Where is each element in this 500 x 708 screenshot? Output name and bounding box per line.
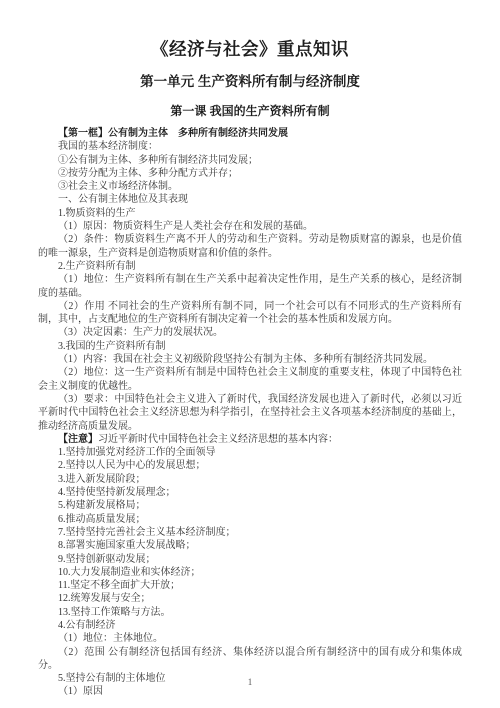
list-item: 6.推动高质量发展； <box>38 513 462 526</box>
list-item: 1.坚持加强党对经济工作的全面领导 <box>38 446 462 459</box>
list-item: ③社会主义市场经济体制。 <box>38 180 462 193</box>
list-item: ①公有制为主体、多种所有制经济共同发展； <box>38 154 462 167</box>
paragraph: （3）要求：中国特色社会主义进入了新时代，我国经济发展也进入了新时代，必须以习近… <box>38 393 462 433</box>
sub-heading: 1.物质资料的生产 <box>38 207 462 220</box>
paragraph: （1）原因 <box>38 685 462 698</box>
sub-heading: 2.生产资料所有制 <box>38 260 462 273</box>
paragraph: （1）地位：主体地位。 <box>38 632 462 645</box>
document-page: 《经济与社会》重点知识 第一单元 生产资料所有制与经济制度 第一课 我国的生产资… <box>0 0 500 708</box>
paragraph: （1）地位：生产资料所有制在生产关系中起着决定性作用，是生产关系的核心，是经济制… <box>38 273 462 300</box>
list-item: 2.坚持以人民为中心的发展思想； <box>38 459 462 472</box>
section-heading: 一、公有制主体地位及其表现 <box>38 193 462 206</box>
sub-heading: 3.我国的生产资料所有制 <box>38 340 462 353</box>
list-item: 7.坚持坚持完善社会主义基本经济制度； <box>38 526 462 539</box>
list-item: 9.坚持创新驱动发展； <box>38 553 462 566</box>
paragraph: （3）决定因素：生产力的发展状况。 <box>38 326 462 339</box>
note-label: 【注意】 <box>58 434 98 445</box>
paragraph: （1）内容：我国在社会主义初级阶段坚持公有制为主体、多种所有制经济共同发展。 <box>38 353 462 366</box>
list-item: ②按劳分配为主体、多种分配方式并存； <box>38 167 462 180</box>
paragraph: （2）范围 公有制经济包括国有经济、集体经济以混合所有制经济中的国有成分和集体成… <box>38 646 462 673</box>
list-item: 13.坚持工作策略与方法。 <box>38 606 462 619</box>
list-item: 10.大力发展制造业和实体经济； <box>38 566 462 579</box>
paragraph: （2）地位：这一生产资料所有制是中国特色社会主义制度的重要支柱，体现了中国特色社… <box>38 366 462 393</box>
list-item: 12.统筹发展与安全； <box>38 592 462 605</box>
note-text: 习近平新时代中国特色社会主义经济思想的基本内容： <box>98 434 338 445</box>
list-item: 8.部署实施国家重大发展战略； <box>38 539 462 552</box>
list-item: 11.坚定不移全面扩大开放； <box>38 579 462 592</box>
document-body: 【第一框】公有制为主体 多种所有制经济共同发展 我国的基本经济制度： ①公有制为… <box>0 127 500 699</box>
paragraph: （2）条件：物质资料生产离不开人的劳动和生产资料。劳动是物质财富的源泉，也是价值… <box>38 233 462 260</box>
frame-heading: 【第一框】公有制为主体 多种所有制经济共同发展 <box>38 127 462 140</box>
list-item: 4.坚持使坚持新发展理念； <box>38 486 462 499</box>
paragraph: （1）原因：物质资料生产是人类社会存在和发展的基础。 <box>38 220 462 233</box>
sub-heading: 4.公有制经济 <box>38 619 462 632</box>
paragraph: （2）作用 不同社会的生产资料所有制不同，同一个社会可以有不同形式的生产资料所有… <box>38 300 462 327</box>
document-title: 《经济与社会》重点知识 <box>0 0 500 61</box>
list-item: 5.构建新发展格局； <box>38 499 462 512</box>
page-number: 1 <box>0 677 500 687</box>
lesson-heading: 第一课 我国的生产资料所有制 <box>0 102 500 119</box>
note-paragraph: 【注意】习近平新时代中国特色社会主义经济思想的基本内容： <box>38 433 462 446</box>
paragraph: 我国的基本经济制度： <box>38 140 462 153</box>
list-item: 3.进入新发展阶段； <box>38 473 462 486</box>
unit-heading: 第一单元 生产资料所有制与经济制度 <box>0 70 500 90</box>
